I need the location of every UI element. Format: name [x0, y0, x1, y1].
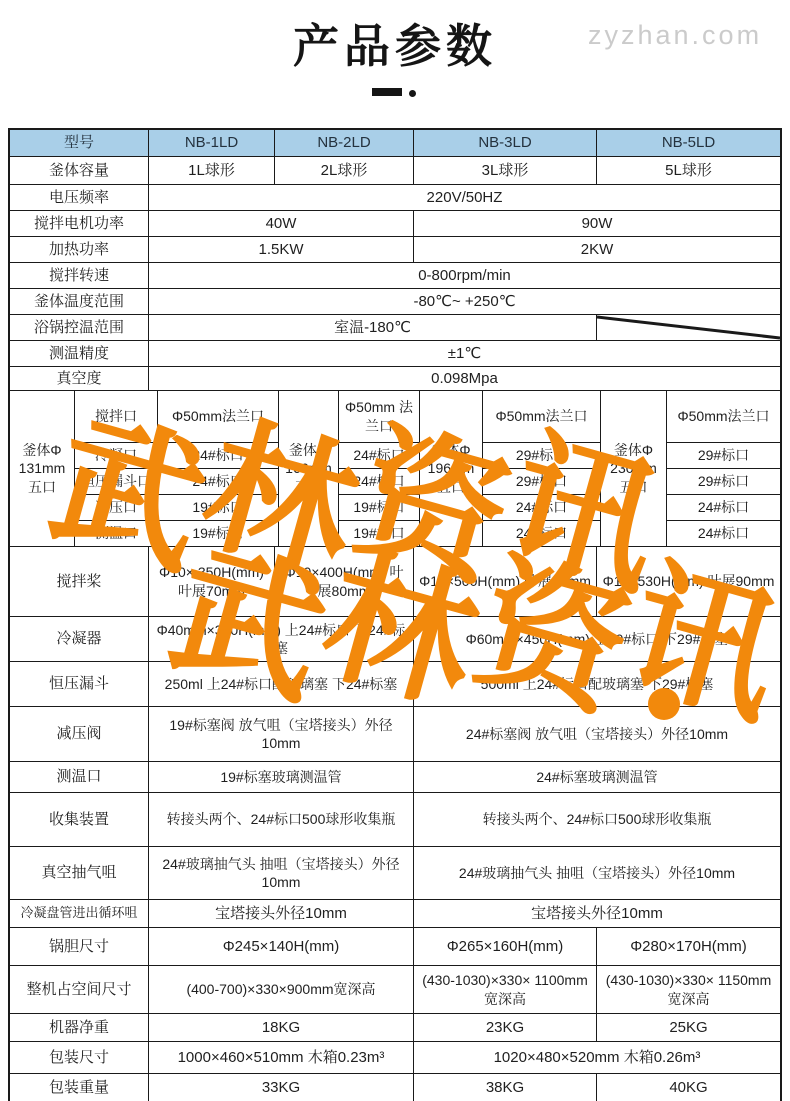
cell: (400-700)×330×900mm宽深高 — [149, 966, 414, 1014]
cell: 1L球形 — [149, 157, 275, 185]
row-label: 浴锅控温范围 — [10, 315, 149, 341]
row-label: 整机占空间尺寸 — [10, 966, 149, 1014]
cell: 24#玻璃抽气头 抽咀（宝塔接头）外径10mm — [414, 847, 780, 900]
port-value: 24#标口 — [667, 521, 780, 547]
port-value: 24#标口 — [667, 495, 780, 521]
row-label: 加热功率 — [10, 237, 149, 263]
title-divider-dot — [409, 90, 416, 97]
row-label: 包装重量 — [10, 1074, 149, 1101]
cell: Φ280×170H(mm) — [597, 928, 780, 966]
cell: -80℃~ +250℃ — [149, 289, 780, 315]
cell: 24#标塞玻璃测温管 — [414, 762, 780, 793]
table-row: 浴锅控温范围 室温-180℃ — [10, 315, 780, 341]
cell: 转接头两个、24#标口500球形收集瓶 — [149, 793, 414, 847]
cell: 25KG — [597, 1014, 780, 1042]
table-row: 釜体温度范围 -80℃~ +250℃ — [10, 289, 780, 315]
table-row: 整机占空间尺寸 (400-700)×330×900mm宽深高 (430-1030… — [10, 966, 780, 1014]
table-row: 冷凝盘管进出循环咀 宝塔接头外径10mm 宝塔接头外径10mm — [10, 900, 780, 928]
brand-watermark-dot — [648, 688, 680, 720]
cell-not-applicable — [597, 315, 780, 341]
row-label: 测温口 — [10, 762, 149, 793]
table-row: 加热功率 1.5KW 2KW — [10, 237, 780, 263]
site-watermark: zyzhan.com — [588, 20, 762, 51]
row-label: 收集装置 — [10, 793, 149, 847]
cell: 24#玻璃抽气头 抽咀（宝塔接头）外径10mm — [149, 847, 414, 900]
table-row: 收集装置 转接头两个、24#标口500球形收集瓶 转接头两个、24#标口500球… — [10, 793, 780, 847]
row-label: 电压频率 — [10, 185, 149, 211]
cell: 90W — [414, 211, 780, 237]
table-row: 釜体容量 1L球形 2L球形 3L球形 5L球形 — [10, 157, 780, 185]
cell: 室温-180℃ — [149, 315, 597, 341]
row-label: 搅拌转速 — [10, 263, 149, 289]
header-model: NB-2LD — [275, 130, 414, 157]
cell: 18KG — [149, 1014, 414, 1042]
cell: Φ245×140H(mm) — [149, 928, 414, 966]
cell: 220V/50HZ — [149, 185, 780, 211]
row-label: 搅拌电机功率 — [10, 211, 149, 237]
row-label: 冷凝器 — [10, 617, 149, 662]
cell: ±1℃ — [149, 341, 780, 367]
table-row: 锅胆尺寸 Φ245×140H(mm) Φ265×160H(mm) Φ280×17… — [10, 928, 780, 966]
cell: 2KW — [414, 237, 780, 263]
table-row: 包装尺寸 1000×460×510mm 木箱0.23m³ 1020×480×52… — [10, 1042, 780, 1074]
row-label: 真空度 — [10, 367, 149, 391]
cell: 3L球形 — [414, 157, 597, 185]
port-value: 29#标口 — [667, 469, 780, 495]
row-label: 恒压漏斗 — [10, 662, 149, 707]
table-row: 真空度 0.098Mpa — [10, 367, 780, 391]
table-row: 搅拌转速 0-800rpm/min — [10, 263, 780, 289]
header-model: NB-1LD — [149, 130, 275, 157]
cell: 38KG — [414, 1074, 597, 1101]
table-row: 电压频率 220V/50HZ — [10, 185, 780, 211]
cell: 2L球形 — [275, 157, 414, 185]
brand-watermark-line2: 武林资讯 — [172, 548, 786, 722]
cell: 1000×460×510mm 木箱0.23m³ — [149, 1042, 414, 1074]
table-row: 测温口 19#标塞玻璃测温管 24#标塞玻璃测温管 — [10, 762, 780, 793]
cell: (430-1030)×330× 1150mm宽深高 — [597, 966, 780, 1014]
diagonal-slash — [597, 315, 780, 340]
table-row: 包装重量 33KG 38KG 40KG — [10, 1074, 780, 1101]
cell: 1.5KW — [149, 237, 414, 263]
row-label: 减压阀 — [10, 707, 149, 762]
row-label: 真空抽气咀 — [10, 847, 149, 900]
cell: 转接头两个、24#标口500球形收集瓶 — [414, 793, 780, 847]
title-divider-bar — [372, 88, 402, 96]
port-values-nb5ld: Φ50mm法兰口 29#标口 29#标口 24#标口 24#标口 — [667, 391, 780, 547]
header-model: NB-3LD — [414, 130, 597, 157]
cell: 19#标塞玻璃测温管 — [149, 762, 414, 793]
cell: 0.098Mpa — [149, 367, 780, 391]
row-label: 机器净重 — [10, 1014, 149, 1042]
cell: 1020×480×520mm 木箱0.26m³ — [414, 1042, 780, 1074]
header-model: NB-5LD — [597, 130, 780, 157]
row-label: 釜体温度范围 — [10, 289, 149, 315]
cell: 5L球形 — [597, 157, 780, 185]
row-label: 包装尺寸 — [10, 1042, 149, 1074]
header-label: 型号 — [10, 130, 149, 157]
row-label: 冷凝盘管进出循环咀 — [10, 900, 149, 928]
table-row: 搅拌电机功率 40W 90W — [10, 211, 780, 237]
port-value: 29#标口 — [667, 443, 780, 469]
cell: 宝塔接头外径10mm — [149, 900, 414, 928]
cell: 40KG — [597, 1074, 780, 1101]
row-label: 锅胆尺寸 — [10, 928, 149, 966]
table-header-row: 型号 NB-1LD NB-2LD NB-3LD NB-5LD — [10, 130, 780, 157]
cell: 40W — [149, 211, 414, 237]
cell: 23KG — [414, 1014, 597, 1042]
row-label: 釜体容量 — [10, 157, 149, 185]
table-row: 机器净重 18KG 23KG 25KG — [10, 1014, 780, 1042]
cell: 宝塔接头外径10mm — [414, 900, 780, 928]
row-label: 测温精度 — [10, 341, 149, 367]
table-row: 测温精度 ±1℃ — [10, 341, 780, 367]
cell: (430-1030)×330× 1100mm宽深高 — [414, 966, 597, 1014]
port-value: Φ50mm法兰口 — [667, 391, 780, 443]
table-row: 真空抽气咀 24#玻璃抽气头 抽咀（宝塔接头）外径10mm 24#玻璃抽气头 抽… — [10, 847, 780, 900]
cell: 33KG — [149, 1074, 414, 1101]
cell: Φ265×160H(mm) — [414, 928, 597, 966]
cell: 0-800rpm/min — [149, 263, 780, 289]
